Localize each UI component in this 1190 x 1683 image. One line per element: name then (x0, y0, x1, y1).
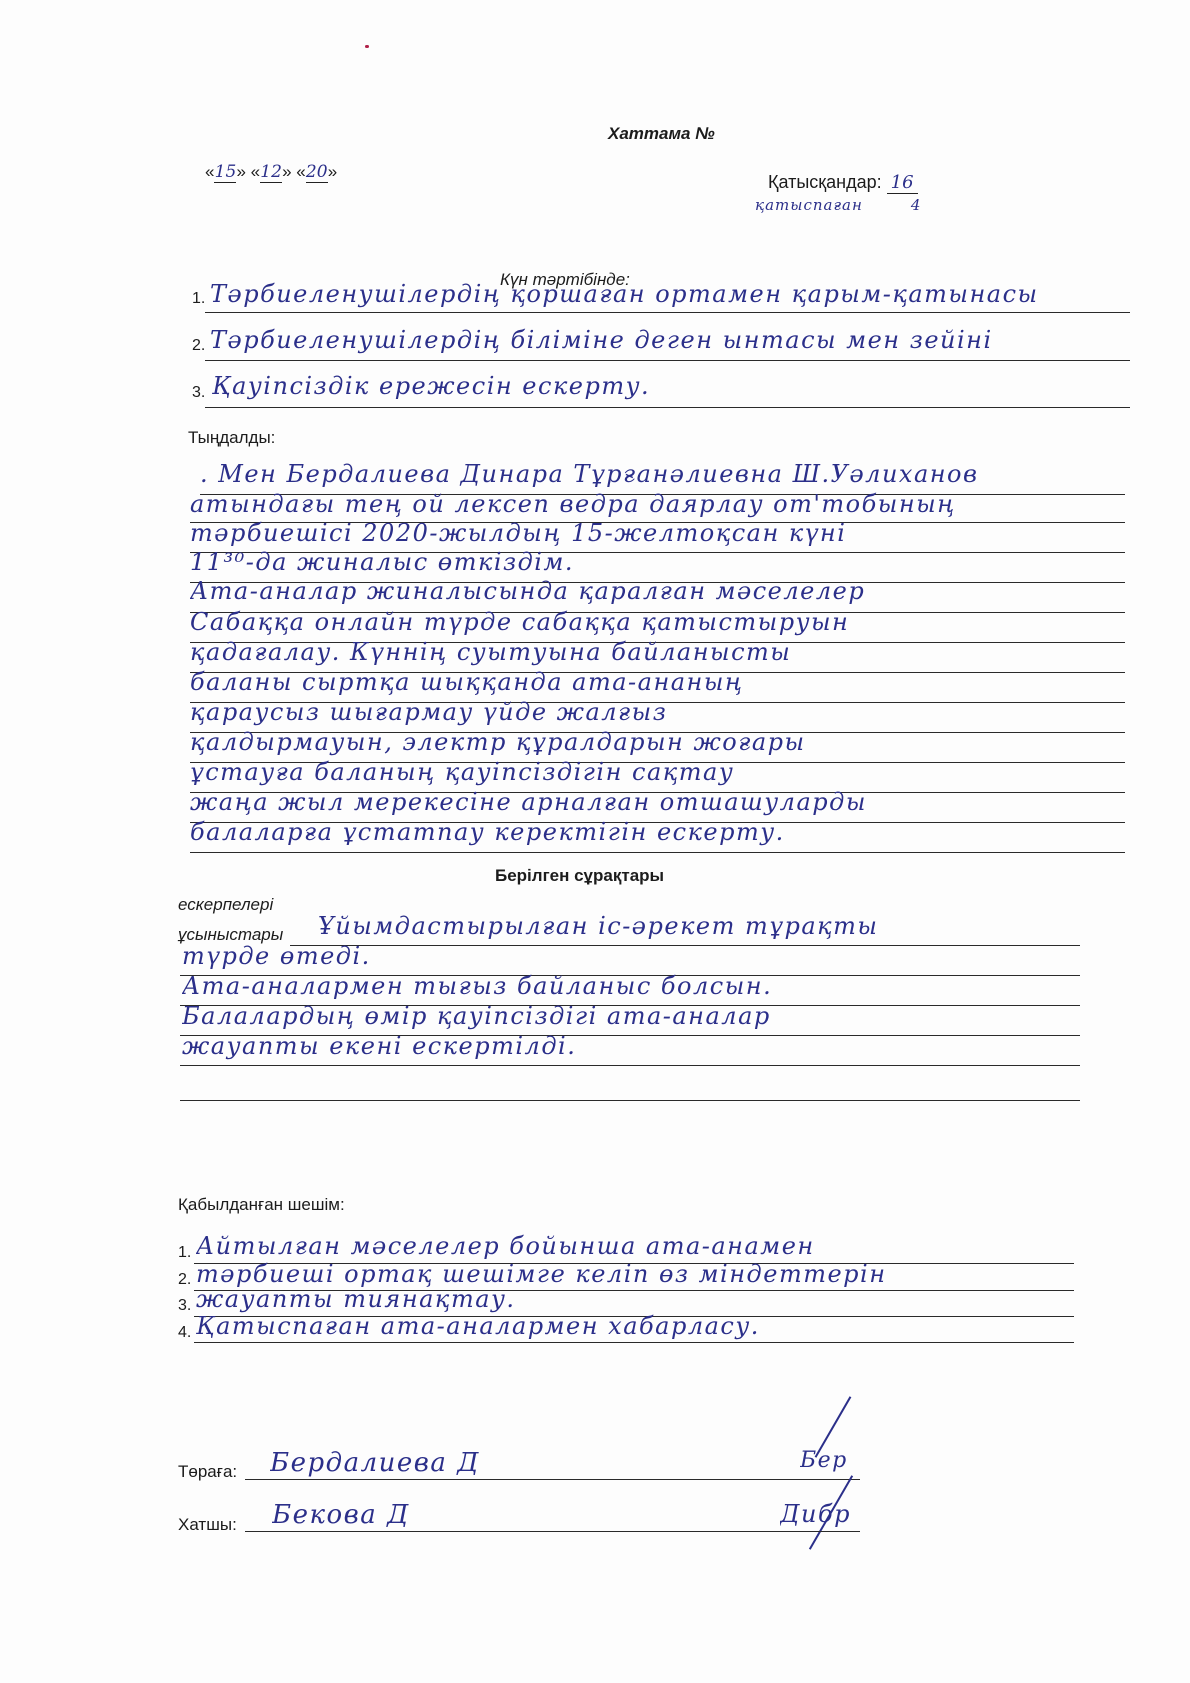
questions-line-4: Балалардың өмір қауіпсіздігі ата-аналар (182, 1002, 1082, 1030)
date-field: «15» «12» «20» (205, 162, 337, 183)
heard-line-12: жаңа жыл мерекесіне арналған отшашуларды (190, 788, 1180, 816)
chair-name: Бердалиева Д (270, 1448, 570, 1478)
protocol-page: Хаттама № «15» «12» «20» Қатысқандар: 16… (0, 0, 1190, 1683)
remarks-label: ескерпелері (178, 895, 273, 915)
date-year: 20 (306, 162, 328, 183)
agenda-item-1: Тәрбиеленушілердің қоршаған ортамен қары… (210, 280, 1150, 308)
date-day: 15 (214, 162, 236, 183)
heard-line-6: Сабаққа онлайн түрде сабаққа қатыстыруын (190, 608, 1180, 636)
heard-line-3: тәрбиешісі 2020-жылдың 15-желтоқсан күні (190, 519, 1180, 547)
date-month: 12 (260, 162, 282, 183)
decision-num-3: 3. (178, 1297, 191, 1315)
heard-line-13: балаларға ұстатпау керектігін ескерту. (190, 818, 1180, 846)
agenda-num-1: 1. (192, 290, 205, 308)
chair-signature: Бер (800, 1448, 880, 1473)
agenda-num-2: 2. (192, 337, 205, 355)
questions-line-1: Ұйымдастырылған іс-әрекет тұрақты (318, 912, 1188, 940)
participants-field: Қатысқандар: 16 (768, 172, 918, 193)
participants-value: 16 (887, 172, 918, 194)
decision-item-1: Айтылған мәселелер бойынша ата-анамен (196, 1232, 1076, 1260)
absent-field: қатыспаған4 (755, 196, 921, 214)
document-title: Хаттама № (608, 124, 715, 144)
agenda-line-3 (205, 407, 1130, 408)
heard-line-4: 11³⁰-да жиналыс өткіздім. (190, 548, 1180, 576)
agenda-line-2 (205, 360, 1130, 361)
heard-line-2: атындағы тең ой лексеп ведра даярлау от'… (190, 490, 1180, 518)
questions-blank-line (180, 1100, 1080, 1101)
agenda-item-3: Қауіпсіздік ережесін ескерту. (212, 372, 1112, 400)
absent-label: қатыспаған (755, 196, 863, 214)
questions-line-2: түрде өтеді. (182, 942, 1082, 970)
agenda-num-3: 3. (192, 384, 205, 402)
heard-line-8: баланы сыртқа шыққанда ата-ананың (190, 668, 1180, 696)
secretary-sign-line (245, 1531, 860, 1532)
questions-line-3: Ата-аналармен тығыз байланыс болсын. (182, 972, 1082, 1000)
chair-label: Төраға: (178, 1462, 237, 1482)
heard-line-1: . Мен Бердалиева Динара Тұрғанәлиевна Ш.… (200, 460, 1190, 488)
decision-num-4: 4. (178, 1324, 191, 1342)
heard-line-11: ұстауға баланың қауіпсіздігін сақтау (190, 758, 1180, 786)
secretary-label: Хатшы: (178, 1515, 237, 1535)
heard-line-9: қараусыз шығармау үйде жалғыз (190, 698, 1180, 726)
heard-line-7: қадағалау. Күннің суытуына байланысты (190, 638, 1180, 666)
decision-item-2: тәрбиеші ортақ шешімге келіп өз міндетте… (196, 1260, 1186, 1288)
decision-item-4: Қатыспаған ата-аналармен хабарласу. (196, 1312, 1076, 1340)
participants-label: Қатысқандар: (768, 172, 882, 192)
questions-line-5: жауапты екені ескертілді. (182, 1032, 1082, 1060)
rule (190, 852, 1125, 853)
agenda-item-2: Тәрбиеленушілердің біліміне деген ынтасы… (210, 326, 1130, 354)
questions-heading: Берілген сұрақтары (495, 866, 664, 886)
decision-heading: Қабылданған шешім: (178, 1195, 345, 1215)
ink-spot (365, 45, 369, 48)
rule (194, 1342, 1074, 1343)
heard-line-5: Ата-аналар жиналысында қаралған мәселеле… (190, 577, 1180, 605)
secretary-name: Бекова Д (272, 1500, 572, 1530)
decision-item-3: жауапты тиянақтау. (196, 1285, 1076, 1313)
decision-num-1: 1. (178, 1244, 191, 1262)
heard-heading: Тыңдалды: (188, 428, 275, 448)
absent-value: 4 (911, 196, 922, 214)
heard-line-10: қалдырмауын, электр құралдарын жоғары (190, 728, 1180, 756)
chair-sign-line (245, 1479, 860, 1480)
rule (180, 1065, 1080, 1066)
agenda-line-1 (205, 312, 1130, 313)
decision-num-2: 2. (178, 1271, 191, 1289)
